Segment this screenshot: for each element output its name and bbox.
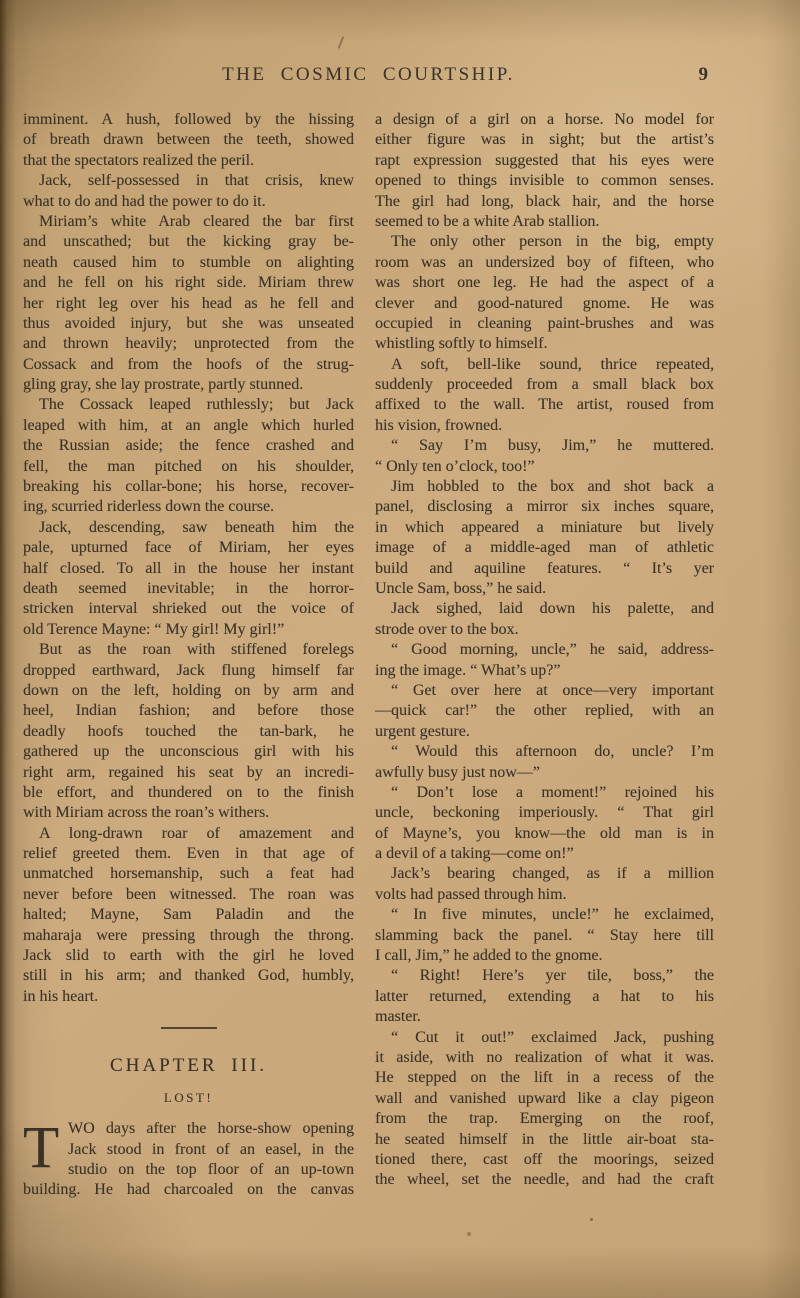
- text-line: relief greeted them. Even in that age of: [23, 844, 354, 864]
- text-line: “ Only ten o’clock, too!”: [375, 457, 714, 477]
- paragraph: Jack sighed, laid down his palette, ands…: [375, 599, 714, 640]
- left-text-column: imminent. A hush, followed by the hissin…: [23, 110, 354, 1201]
- paragraph: Jack’s bearing changed, as if a millionv…: [375, 864, 714, 905]
- text-line: wall and vanished upward like a clay pig…: [375, 1089, 714, 1109]
- text-line: panel, disclosing a mirror six inches sq…: [375, 497, 714, 517]
- text-line: old Terence Mayne: “ My girl! My girl!”: [23, 620, 354, 640]
- text-line: imminent. A hush, followed by the hissin…: [23, 110, 354, 130]
- text-line: But as the roan with stiffened forelegs: [23, 640, 354, 660]
- text-line: Jack’s bearing changed, as if a million: [375, 864, 714, 884]
- text-line: “ Would this afternoon do, uncle? I’m: [375, 742, 714, 762]
- text-line: it aside, with no realization of what it…: [375, 1048, 714, 1068]
- text-line: uncle, beckoning imperiously. “ That gir…: [375, 803, 714, 823]
- text-line: down on the left, holding on by arm and: [23, 681, 354, 701]
- text-line: “ Don’t lose a moment!” rejoined his: [375, 783, 714, 803]
- text-line: A long-drawn roar of amazement and: [23, 824, 354, 844]
- paragraph: “ Get over here at once—very important—q…: [375, 681, 714, 742]
- scanned-book-page: THE COSMIC COURTSHIP. 9 imminent. A hush…: [0, 0, 800, 1298]
- text-line: image of a middle-aged man of athletic: [375, 538, 714, 558]
- paragraph: “ In five minutes, uncle!” he exclaimed,…: [375, 905, 714, 966]
- text-line: The Cossack leaped ruthlessly; but Jack: [23, 395, 354, 415]
- text-line: never before been witnessed. The roan wa…: [23, 885, 354, 905]
- text-line: —quick car!” the other replied, with an: [375, 701, 714, 721]
- text-line: and thrown heavily; unprotected from the: [23, 334, 354, 354]
- paragraph: The only other person in the big, emptyr…: [375, 232, 714, 354]
- paragraph: a design of a girl on a horse. No model …: [375, 110, 714, 232]
- text-line: Uncle Sam, boss,” he said.: [375, 579, 714, 599]
- chapter-heading: CHAPTER III.: [23, 1055, 354, 1077]
- text-line: master.: [375, 1007, 714, 1027]
- paragraph: “ Don’t lose a moment!” rejoined hisuncl…: [375, 783, 714, 865]
- paragraph: Miriam’s white Arab cleared the bar firs…: [23, 212, 354, 396]
- text-line: neath caused him to stumble on alighting: [23, 253, 354, 273]
- text-line: affixed to the wall. The artist, roused …: [375, 395, 714, 415]
- text-line: Jack slid to earth with the girl he love…: [23, 946, 354, 966]
- text-line: latter returned, extending a hat to his: [375, 987, 714, 1007]
- text-line: still in his arm; and thanked God, humbl…: [23, 966, 354, 986]
- text-line: “ Say I’m busy, Jim,” he muttered.: [375, 436, 714, 456]
- paragraph: imminent. A hush, followed by the hissin…: [23, 110, 354, 171]
- text-line: Jack sighed, laid down his palette, and: [375, 599, 714, 619]
- drop-cap-letter: T: [23, 1120, 59, 1178]
- text-line: Jack stood in front of an easel, in the: [68, 1140, 354, 1160]
- paragraph: “ Right! Here’s yer tile, boss,” thelatt…: [375, 966, 714, 1027]
- text-line: urgent gesture.: [375, 722, 714, 742]
- text-line: the Russian aside; the fence crashed and: [23, 436, 354, 456]
- text-line: “ Good morning, uncle,” he said, address…: [375, 640, 714, 660]
- paragraph: “ Good morning, uncle,” he said, address…: [375, 640, 714, 681]
- text-line: his vision, frowned.: [375, 416, 714, 436]
- text-line: Cossack and from the hoofs of the strug-: [23, 355, 354, 375]
- text-line: he seated himself in the little air-boat…: [375, 1130, 714, 1150]
- text-line: and he fell on his right side. Miriam th…: [23, 273, 354, 293]
- text-line: maharaja were pressing through the thron…: [23, 926, 354, 946]
- text-line: “ Cut it out!” exclaimed Jack, pushing: [375, 1028, 714, 1048]
- text-line: of breath drawn between the teeth, showe…: [23, 130, 354, 150]
- text-line: in which appeared a miniature but lively: [375, 518, 714, 538]
- paragraph: “ Cut it out!” exclaimed Jack, pushingit…: [375, 1028, 714, 1191]
- text-line: tioned there, cast off the moorings, sei…: [375, 1150, 714, 1170]
- text-line: Jack, self-possessed in that crisis, kne…: [23, 171, 354, 191]
- text-line: from the trap. Emerging on the roof,: [375, 1109, 714, 1129]
- text-line: of Mayne’s, you know—the old man is in: [375, 824, 714, 844]
- text-line: right arm, regained his seat by an incre…: [23, 763, 354, 783]
- text-line: either figure was in sight; but the arti…: [375, 130, 714, 150]
- text-line: fell, the man pitched on his shoulder,: [23, 457, 354, 477]
- text-line: Jim hobbled to the box and shot back a: [375, 477, 714, 497]
- text-line: dropped earthward, Jack flung himself fa…: [23, 661, 354, 681]
- chapter-subheading: LOST!: [23, 1090, 354, 1106]
- text-line: leaped with him, at an angle which hurle…: [23, 416, 354, 436]
- text-line: ing, scurried riderless down the course.: [23, 497, 354, 517]
- text-line: gling gray, she lay prostrate, partly st…: [23, 375, 354, 395]
- text-line: unmatched horsemanship, such a feat had: [23, 864, 354, 884]
- text-line: with Miriam across the roan’s withers.: [23, 803, 354, 823]
- text-line: occupied in cleaning paint-brushes and w…: [375, 314, 714, 334]
- text-line: WO days after the horse-show opening: [68, 1119, 354, 1139]
- paragraph: But as the roan with stiffened forelegsd…: [23, 640, 354, 824]
- text-line: what to do and had the power to do it.: [23, 192, 354, 212]
- text-line: and unscathed; but the kicking gray be-: [23, 232, 354, 252]
- text-line: in his heart.: [23, 987, 354, 1007]
- text-line: the wheel, set the needle, and had the c…: [375, 1170, 714, 1190]
- text-line: building. He had charcoaled on the canva…: [23, 1180, 354, 1200]
- text-line: Jack, descending, saw beneath him the: [23, 518, 354, 538]
- paragraph: The Cossack leaped ruthlessly; but Jackl…: [23, 395, 354, 517]
- text-line: ing the image. “ What’s up?”: [375, 661, 714, 681]
- paragraph: Jim hobbled to the box and shot back apa…: [375, 477, 714, 599]
- paragraph: “ Would this afternoon do, uncle? I’mawf…: [375, 742, 714, 783]
- text-line: that the spectators realized the peril.: [23, 151, 354, 171]
- text-line: her right leg over his head as he fell a…: [23, 294, 354, 314]
- text-line: death seemed inevitable; in the horror-: [23, 579, 354, 599]
- paragraph: “ Say I’m busy, Jim,” he muttered.“ Only…: [375, 436, 714, 477]
- text-line: gathered up the unconscious girl with hi…: [23, 742, 354, 762]
- running-title: THE COSMIC COURTSHIP.: [23, 64, 714, 86]
- page-number: 9: [699, 64, 709, 86]
- text-line: “ Get over here at once—very important: [375, 681, 714, 701]
- text-line: whistling softly to himself.: [375, 334, 714, 354]
- dropcap-paragraph: TWO days after the horse-show openingJac…: [23, 1119, 354, 1201]
- text-line: strode over to the box.: [375, 620, 714, 640]
- text-line: seemed to be a white Arab stallion.: [375, 212, 714, 232]
- text-line: thus avoided injury, but she was unseate…: [23, 314, 354, 334]
- text-line: suddenly proceeded from a small black bo…: [375, 375, 714, 395]
- page-header: THE COSMIC COURTSHIP. 9: [23, 64, 714, 94]
- text-line: slamming back the panel. “ Stay here til…: [375, 926, 714, 946]
- text-line: The only other person in the big, empty: [375, 232, 714, 252]
- text-line: clever and good-natured gnome. He was: [375, 294, 714, 314]
- paper-speck: [590, 1218, 593, 1221]
- text-line: build and aquiline features. “ It’s yer: [375, 559, 714, 579]
- text-line: “ In five minutes, uncle!” he exclaimed,: [375, 905, 714, 925]
- text-line: half closed. To all in the house her ins…: [23, 559, 354, 579]
- text-line: deadly hoofs touched the tan-bark, he: [23, 722, 354, 742]
- text-line: He stepped on the lift in a recess of th…: [375, 1068, 714, 1088]
- text-line: awfully busy just now—”: [375, 763, 714, 783]
- text-line: a devil of a taking—come on!”: [375, 844, 714, 864]
- pen-stroke-mark: [338, 36, 345, 49]
- text-line: A soft, bell-like sound, thrice repeated…: [375, 355, 714, 375]
- paragraph: A long-drawn roar of amazement andrelief…: [23, 824, 354, 1008]
- text-line: pale, upturned face of Miriam, her eyes: [23, 538, 354, 558]
- text-line: halted; Mayne, Sam Paladin and the: [23, 905, 354, 925]
- paragraph: A soft, bell-like sound, thrice repeated…: [375, 355, 714, 437]
- text-line: heel, Indian fashion; and before those: [23, 701, 354, 721]
- paragraph: Jack, self-possessed in that crisis, kne…: [23, 171, 354, 212]
- text-line: ble effort, and thundered on to the fini…: [23, 783, 354, 803]
- text-line: room was an undersized boy of fifteen, w…: [375, 253, 714, 273]
- text-line: volts had passed through him.: [375, 885, 714, 905]
- text-line: Miriam’s white Arab cleared the bar firs…: [23, 212, 354, 232]
- paper-speck: [467, 1232, 471, 1236]
- text-line: a design of a girl on a horse. No model …: [375, 110, 714, 130]
- text-line: stricken interval shrieked out the voice…: [23, 599, 354, 619]
- text-line: studio on the top floor of an up-town: [68, 1160, 354, 1180]
- text-line: breaking his collar-bone; his horse, rec…: [23, 477, 354, 497]
- text-line: opened to things invisible to common sen…: [375, 171, 714, 191]
- text-line: I call, Jim,” he added to the gnome.: [375, 946, 714, 966]
- text-line: “ Right! Here’s yer tile, boss,” the: [375, 966, 714, 986]
- section-divider: [161, 1027, 217, 1029]
- right-text-column: a design of a girl on a horse. No model …: [375, 110, 714, 1191]
- text-line: rapt expression suggested that his eyes …: [375, 151, 714, 171]
- text-line: The girl had long, black hair, and the h…: [375, 192, 714, 212]
- text-line: was short one leg. He had the aspect of …: [375, 273, 714, 293]
- paragraph: Jack, descending, saw beneath him thepal…: [23, 518, 354, 640]
